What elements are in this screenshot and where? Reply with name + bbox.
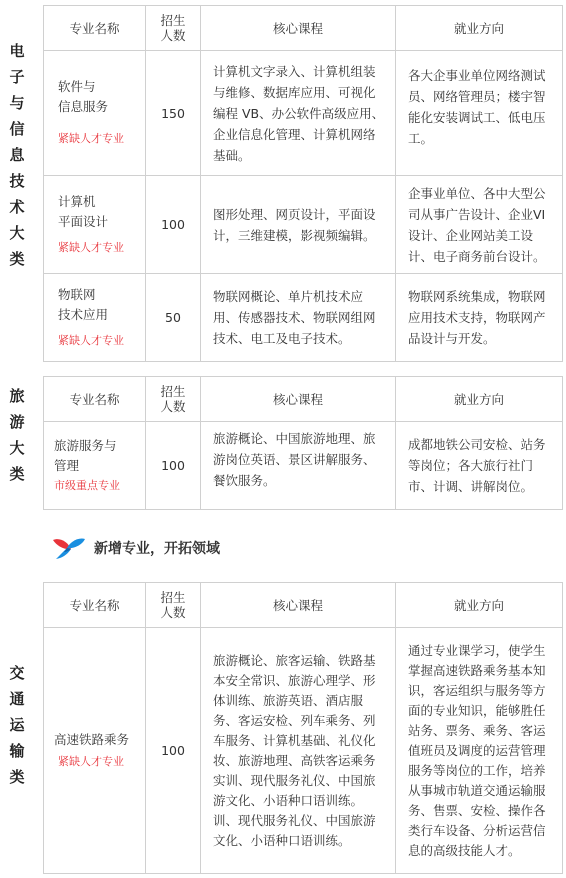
category-char: 术 (6, 194, 28, 220)
table-row: 计算机平面设计紧缺人才专业 100 图形处理、网页设计，平面设计，三维建模，影视… (44, 176, 563, 274)
table-row: 软件与信息服务紧缺人才专业 150 计算机文字录入、计算机组装与维修、数据库应用… (44, 51, 563, 176)
career-direction: 成都地铁公司安检、站务等岗位；各大旅行社门市、计调、讲解岗位。 (396, 422, 563, 510)
category-label-electronics: 电 子 与 信 息 技 术 大 类 (6, 38, 28, 272)
header-career: 就业方向 (396, 6, 563, 51)
career-direction: 通过专业课学习，使学生掌握高速铁路乘务基本知识，客运组织与服务等方面的专业知识，… (396, 628, 563, 874)
header-courses: 核心课程 (201, 377, 396, 422)
table-row: 旅游服务与管理市级重点专业 100 旅游概论、中国旅游地理、旅游岗位英语、景区讲… (44, 422, 563, 510)
category-char: 类 (6, 246, 28, 272)
category-char: 通 (6, 686, 28, 712)
core-courses: 旅游概论、中国旅游地理、旅游岗位英语、景区讲解服务、餐饮服务。 (201, 422, 396, 510)
header-career: 就业方向 (396, 583, 563, 628)
career-direction: 各大企事业单位网络测试员、网络管理员；楼宇智能化安装调试工、低电压工。 (396, 51, 563, 176)
major-name: 计算机平面设计紧缺人才专业 (44, 176, 146, 274)
major-tag: 紧缺人才专业 (54, 752, 145, 772)
header-name: 专业名称 (44, 583, 146, 628)
header-career: 就业方向 (396, 377, 563, 422)
core-courses: 旅游概论、旅客运输、铁路基本安全常识、旅游心理学、形体训练、旅游英语、酒店服务、… (201, 628, 396, 874)
category-char: 类 (6, 764, 28, 790)
career-direction: 企事业单位、各中大型公司从事广告设计、企业VI设计、企业网站美工设计、电子商务前… (396, 176, 563, 274)
header-enroll: 招生人数 (146, 6, 201, 51)
category-char: 与 (6, 90, 28, 116)
category-char: 息 (6, 142, 28, 168)
category-char: 运 (6, 712, 28, 738)
tourism-majors-table: 专业名称 招生人数 核心课程 就业方向 旅游服务与管理市级重点专业 100 旅游… (43, 376, 563, 510)
electronics-majors-table: 专业名称 招生人数 核心课程 就业方向 软件与信息服务紧缺人才专业 150 计算… (43, 5, 563, 362)
core-courses: 物联网概论、单片机技术应用、传感器技术、物联网组网技术、电工及电子技术。 (201, 274, 396, 362)
table-header-row: 专业名称 招生人数 核心课程 就业方向 (44, 583, 563, 628)
header-name: 专业名称 (44, 6, 146, 51)
enroll-count: 50 (146, 274, 201, 362)
table-header-row: 专业名称 招生人数 核心课程 就业方向 (44, 377, 563, 422)
section-title: 新增专业，开拓领域 (94, 538, 220, 558)
core-courses: 计算机文字录入、计算机组装与维修、数据库应用、可视化编程 VB、办公软件高级应用… (201, 51, 396, 176)
category-label-transport: 交 通 运 输 类 (6, 660, 28, 790)
major-name: 旅游服务与管理市级重点专业 (44, 422, 146, 510)
table-header-row: 专业名称 招生人数 核心课程 就业方向 (44, 6, 563, 51)
header-name: 专业名称 (44, 377, 146, 422)
core-courses: 图形处理、网页设计，平面设计，三维建模，影视频编辑。 (201, 176, 396, 274)
major-name: 物联网技术应用紧缺人才专业 (44, 274, 146, 362)
table-row: 物联网技术应用紧缺人才专业 50 物联网概论、单片机技术应用、传感器技术、物联网… (44, 274, 563, 362)
enroll-count: 150 (146, 51, 201, 176)
category-label-tourism: 旅 游 大 类 (6, 383, 28, 487)
enroll-count: 100 (146, 176, 201, 274)
category-char: 大 (6, 220, 28, 246)
category-char: 子 (6, 64, 28, 90)
major-tag: 紧缺人才专业 (58, 331, 145, 351)
major-tag: 市级重点专业 (54, 476, 145, 496)
category-char: 类 (6, 461, 28, 487)
enroll-count: 100 (146, 422, 201, 510)
header-courses: 核心课程 (201, 583, 396, 628)
header-courses: 核心课程 (201, 6, 396, 51)
header-enroll: 招生人数 (146, 583, 201, 628)
category-char: 输 (6, 738, 28, 764)
major-name: 高速铁路乘务紧缺人才专业 (44, 628, 146, 874)
category-char: 电 (6, 38, 28, 64)
career-direction: 物联网系统集成，物联网应用技术支持，物联网产品设计与开发。 (396, 274, 563, 362)
major-tag: 紧缺人才专业 (58, 129, 145, 149)
butterfly-logo-icon (52, 536, 86, 560)
header-enroll: 招生人数 (146, 377, 201, 422)
new-majors-heading: 新增专业，开拓领域 (52, 536, 220, 560)
category-char: 技 (6, 168, 28, 194)
category-char: 信 (6, 116, 28, 142)
major-name: 软件与信息服务紧缺人才专业 (44, 51, 146, 176)
category-char: 交 (6, 660, 28, 686)
table-row: 高速铁路乘务紧缺人才专业 100 旅游概论、旅客运输、铁路基本安全常识、旅游心理… (44, 628, 563, 874)
category-char: 旅 (6, 383, 28, 409)
enroll-count: 100 (146, 628, 201, 874)
category-char: 大 (6, 435, 28, 461)
category-char: 游 (6, 409, 28, 435)
transport-majors-table: 专业名称 招生人数 核心课程 就业方向 高速铁路乘务紧缺人才专业 100 旅游概… (43, 582, 563, 874)
major-tag: 紧缺人才专业 (58, 238, 145, 258)
